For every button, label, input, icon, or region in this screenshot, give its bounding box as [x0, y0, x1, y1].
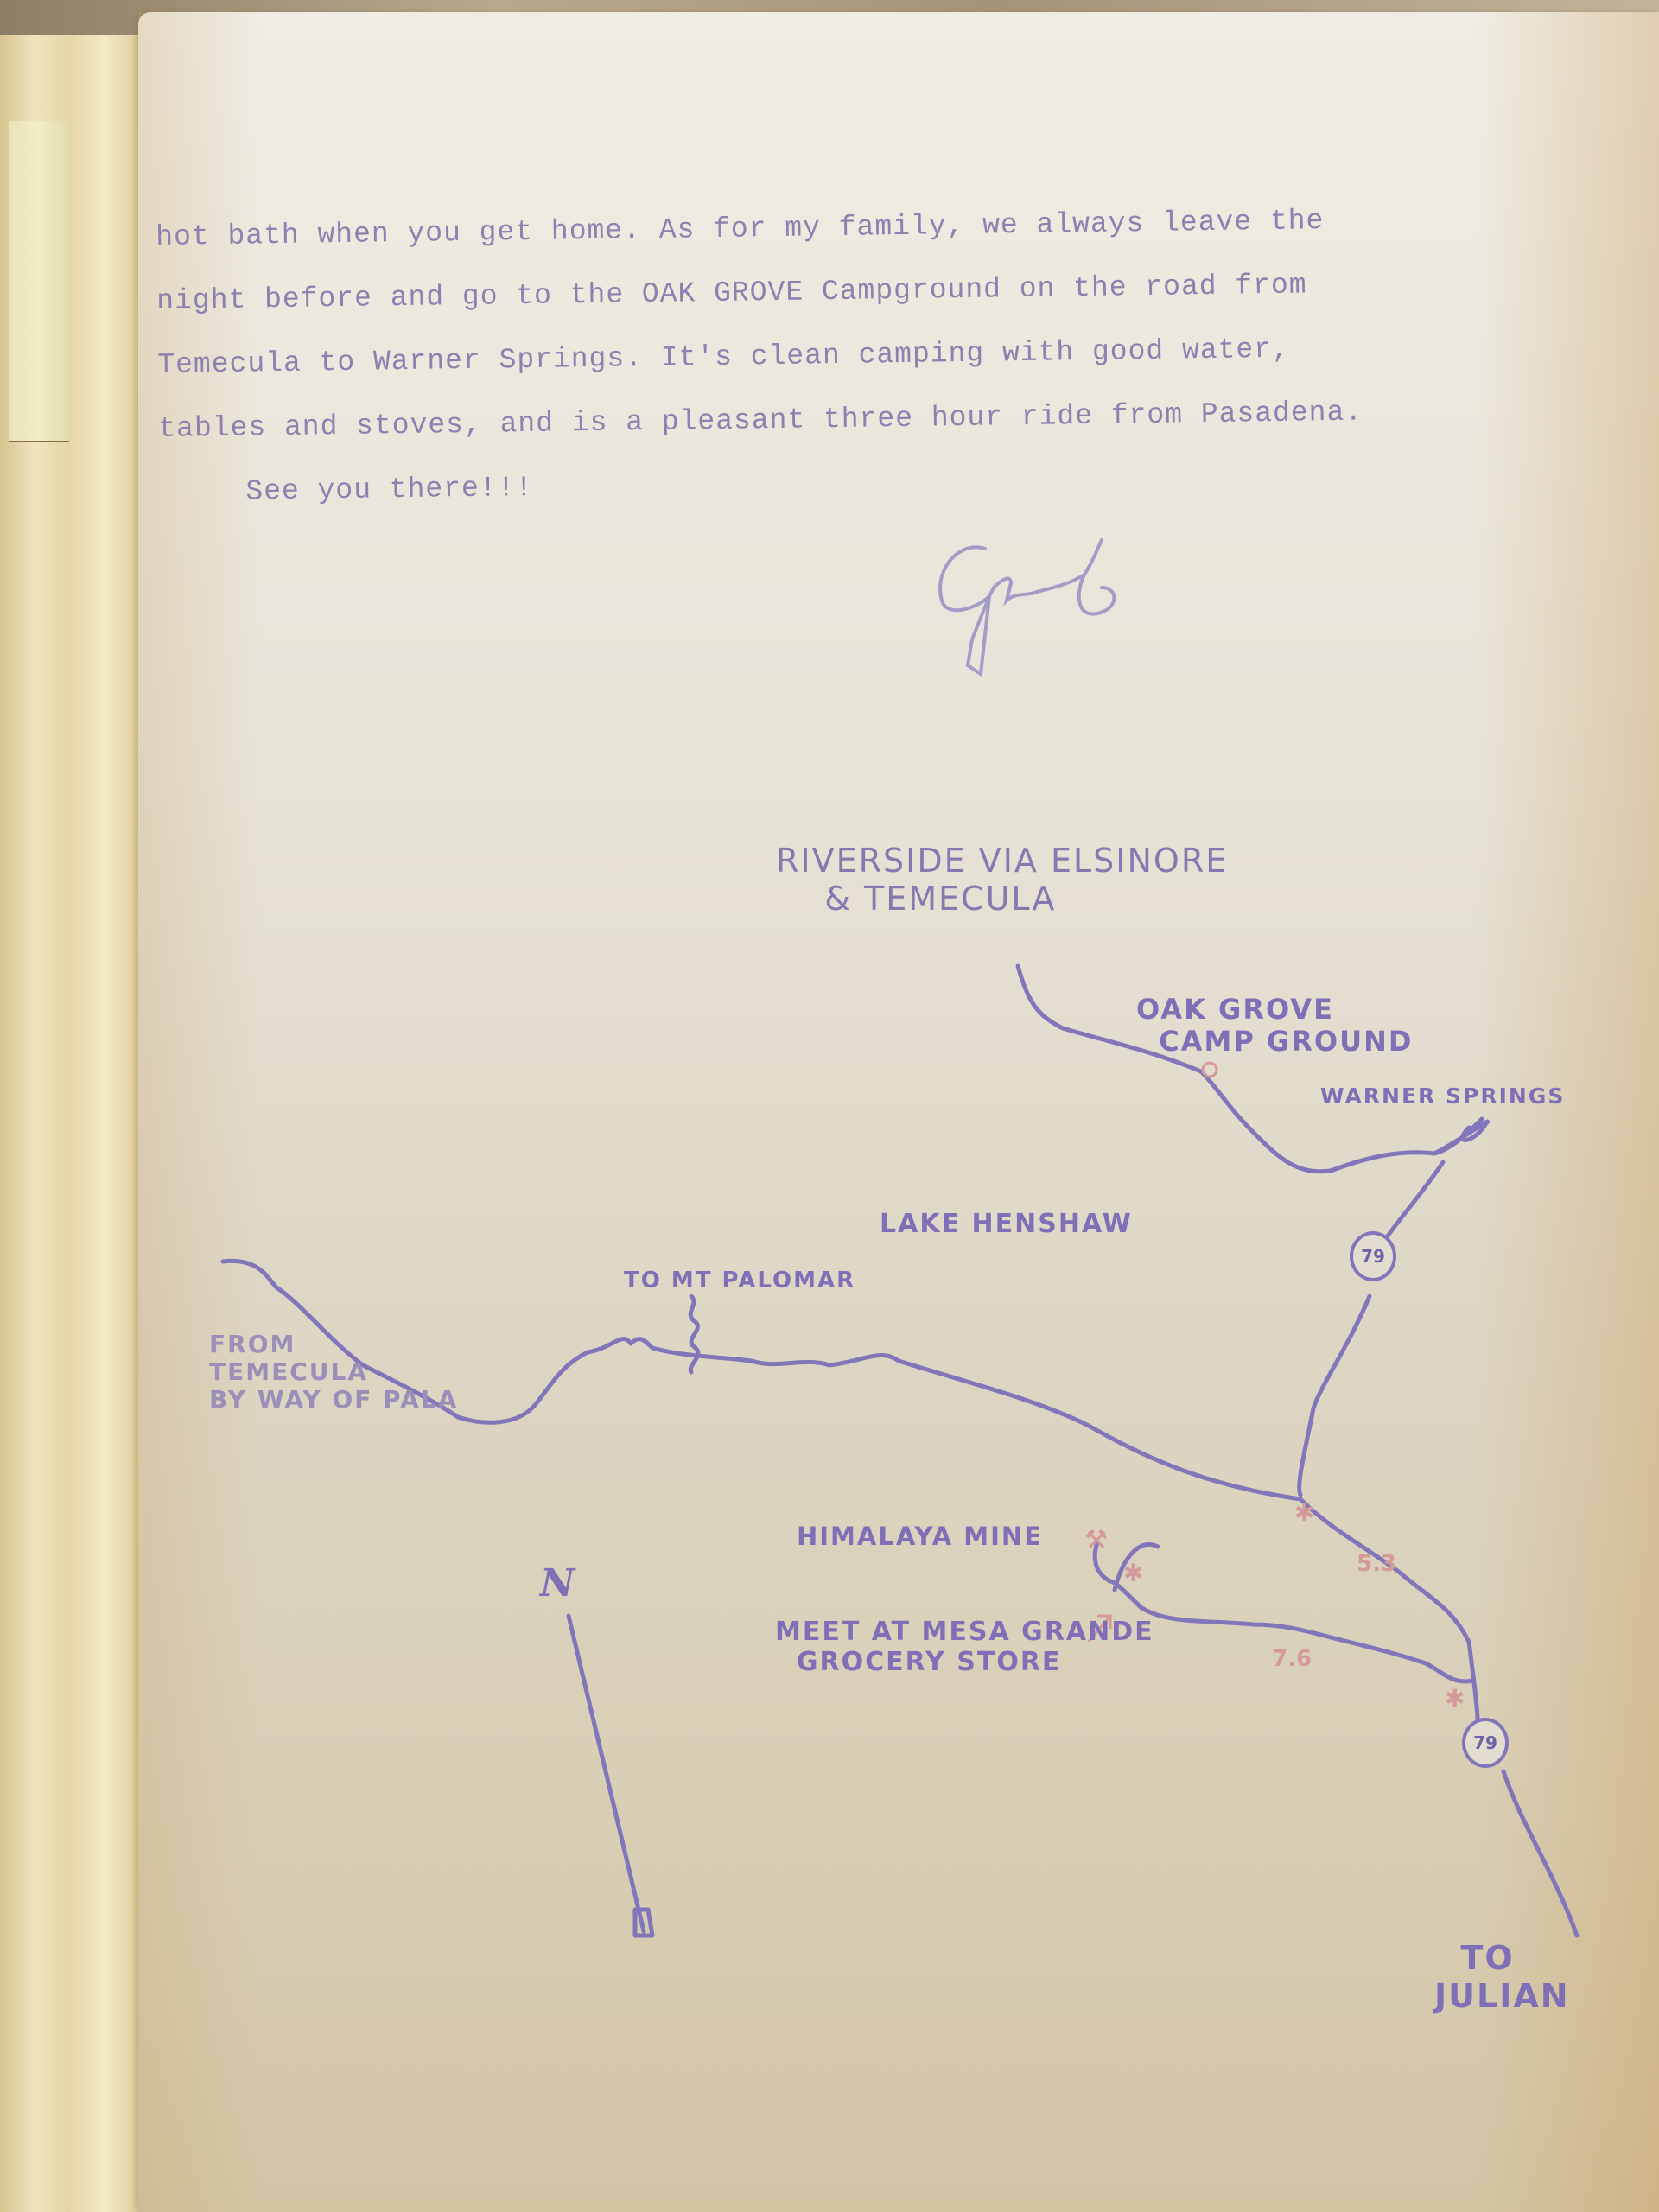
signature-icon	[925, 536, 1149, 683]
label-himalaya-mine: HIMALAYA MINE	[797, 1522, 1043, 1551]
highway-shield: 79	[1462, 1718, 1509, 1768]
letter-line: night before and go to the OAK GROVE Cam…	[156, 264, 1643, 319]
mileage-label: 5.3	[1357, 1551, 1396, 1577]
folded-page-tab	[9, 121, 69, 442]
label-from-temecula: FROM TEMECULA BY WAY OF PALA	[209, 1331, 458, 1414]
letter-line: Temecula to Warner Springs. It's clean c…	[157, 327, 1643, 383]
label-to-julian: TO JULIAN	[1434, 1940, 1570, 2015]
label-lake-henshaw: LAKE HENSHAW	[880, 1210, 1133, 1240]
label-riverside: RIVERSIDE VIA ELSINORE & TEMECULA	[776, 842, 1228, 918]
letter-text: hot bath when you get home. As for my fa…	[156, 200, 1646, 540]
letter-line: tables and stoves, and is a pleasant thr…	[158, 391, 1644, 447]
highway-shield: 79	[1350, 1231, 1396, 1281]
north-label: N	[540, 1562, 576, 1606]
mileage-label: 7.6	[1272, 1646, 1312, 1672]
label-warner-springs: WARNER SPRINGS	[1320, 1084, 1565, 1109]
label-mt-palomar: TO MT PALOMAR	[624, 1268, 855, 1294]
label-oak-grove: OAK GROVE CAMP GROUND	[1136, 994, 1413, 1058]
label-meet-point: MEET AT MESA GRANDE GROCERY STORE	[775, 1618, 1154, 1677]
letter-closing: See you there!!!	[245, 455, 1645, 510]
